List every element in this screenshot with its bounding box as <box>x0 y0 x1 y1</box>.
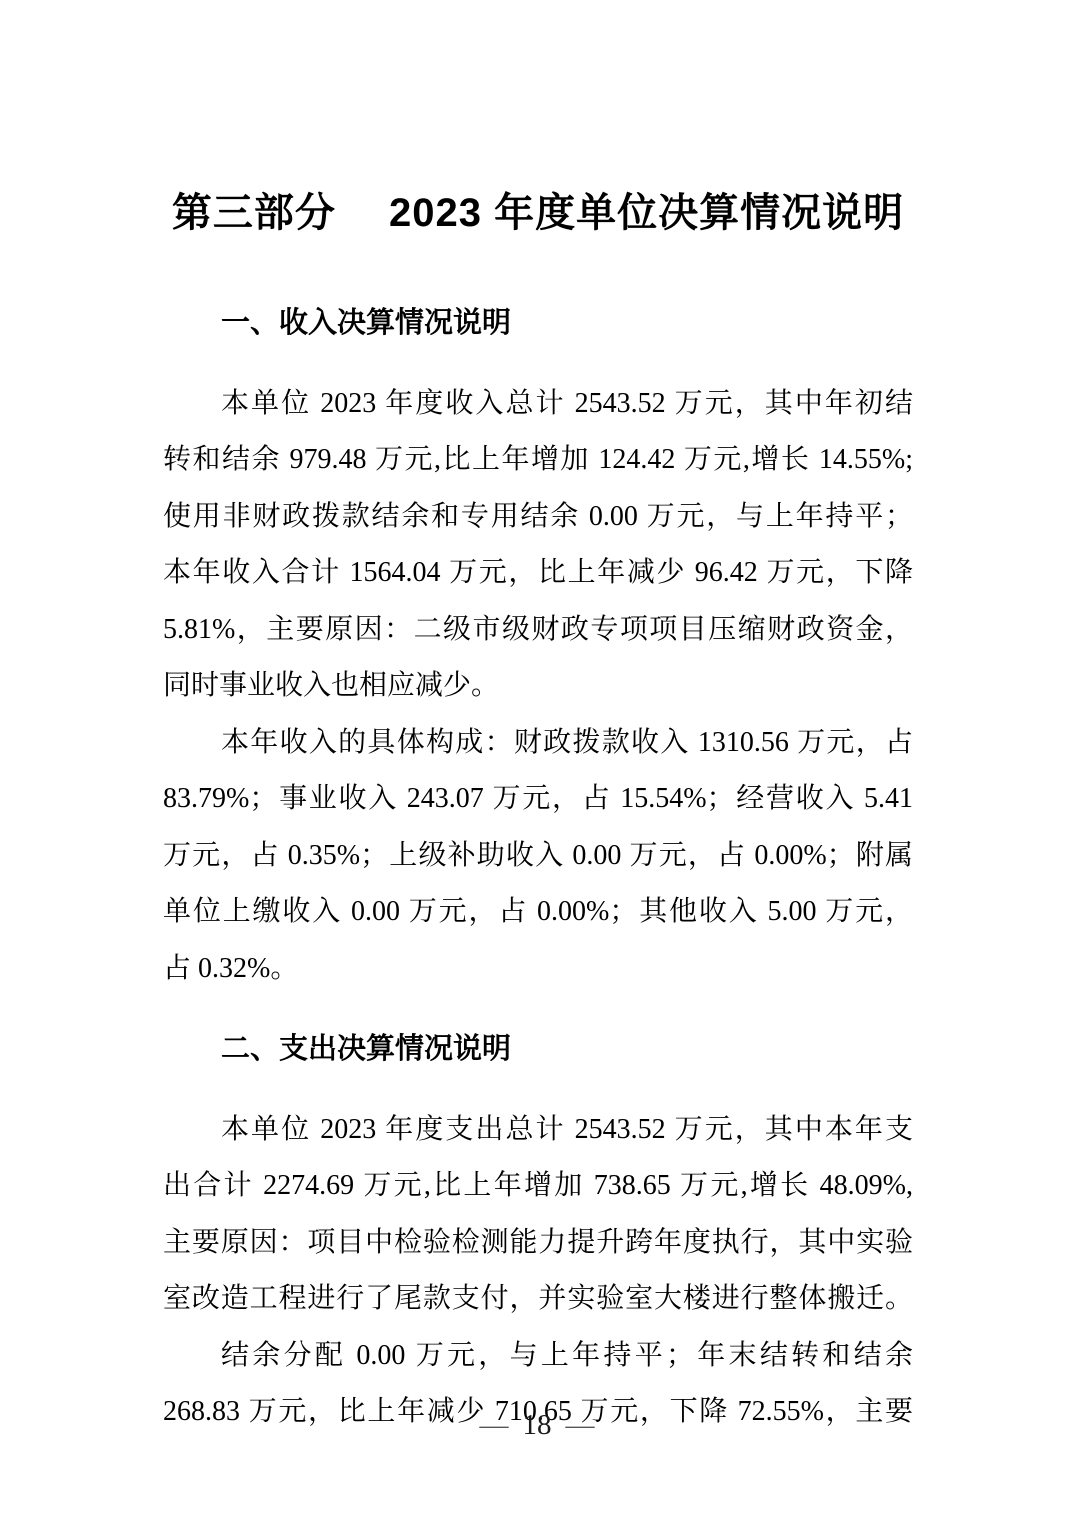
text-line: 83.79%；事业收入 243.07 万元，占 15.54%；经营收入 5.41 <box>163 771 913 828</box>
text-line: 室改造工程进行了尾款支付，并实验室大楼进行整体搬迁。 <box>163 1271 913 1328</box>
section-heading-income: 一、收入决算情况说明 <box>163 295 913 352</box>
text-line: 本年收入合计 1564.04 万元，比上年减少 96.42 万元，下降 <box>163 545 913 602</box>
section-heading-expenditure: 二、支出决算情况说明 <box>163 1021 913 1078</box>
page-number: 18 <box>523 1409 552 1441</box>
text-line: 万元，占 0.35%；上级补助收入 0.00 万元，占 0.00%；附属 <box>163 828 913 885</box>
page-footer: —18— <box>0 1408 1074 1442</box>
paragraph-income-composition: 本年收入的具体构成：财政拨款收入 1310.56 万元，占 83.79%；事业收… <box>163 715 913 998</box>
text-line: 本单位 2023 年度收入总计 2543.52 万元，其中年初结 <box>163 376 913 433</box>
text-line: 5.81%，主要原因：二级市级财政专项项目压缩财政资金， <box>163 602 913 659</box>
paragraph-expenditure-summary: 本单位 2023 年度支出总计 2543.52 万元，其中本年支 出合计 227… <box>163 1102 913 1328</box>
document-page: 第三部分 2023 年度单位决算情况说明 一、收入决算情况说明 本单位 2023… <box>0 0 1074 1520</box>
text-line: 同时事业收入也相应减少。 <box>163 658 913 715</box>
text-line: 出合计 2274.69 万元,比上年增加 738.65 万元,增长 48.09%… <box>163 1158 913 1215</box>
text-line: 本单位 2023 年度支出总计 2543.52 万元，其中本年支 <box>163 1102 913 1159</box>
document-content: 第三部分 2023 年度单位决算情况说明 一、收入决算情况说明 本单位 2023… <box>163 0 913 1441</box>
paragraph-income-summary: 本单位 2023 年度收入总计 2543.52 万元，其中年初结 转和结余 97… <box>163 376 913 715</box>
text-line: 单位上缴收入 0.00 万元，占 0.00%；其他收入 5.00 万元， <box>163 884 913 941</box>
footer-dash-right: — <box>566 1409 595 1441</box>
text-line: 结余分配 0.00 万元，与上年持平；年末结转和结余 <box>163 1328 913 1385</box>
text-line: 本年收入的具体构成：财政拨款收入 1310.56 万元，占 <box>163 715 913 772</box>
footer-dash-left: — <box>480 1409 509 1441</box>
document-title: 第三部分 2023 年度单位决算情况说明 <box>163 191 913 235</box>
text-line: 占 0.32%。 <box>163 941 913 998</box>
text-line: 转和结余 979.48 万元,比上年增加 124.42 万元,增长 14.55%… <box>163 432 913 489</box>
text-line: 主要原因：项目中检验检测能力提升跨年度执行，其中实验 <box>163 1215 913 1272</box>
text-line: 使用非财政拨款结余和专用结余 0.00 万元，与上年持平； <box>163 489 913 546</box>
